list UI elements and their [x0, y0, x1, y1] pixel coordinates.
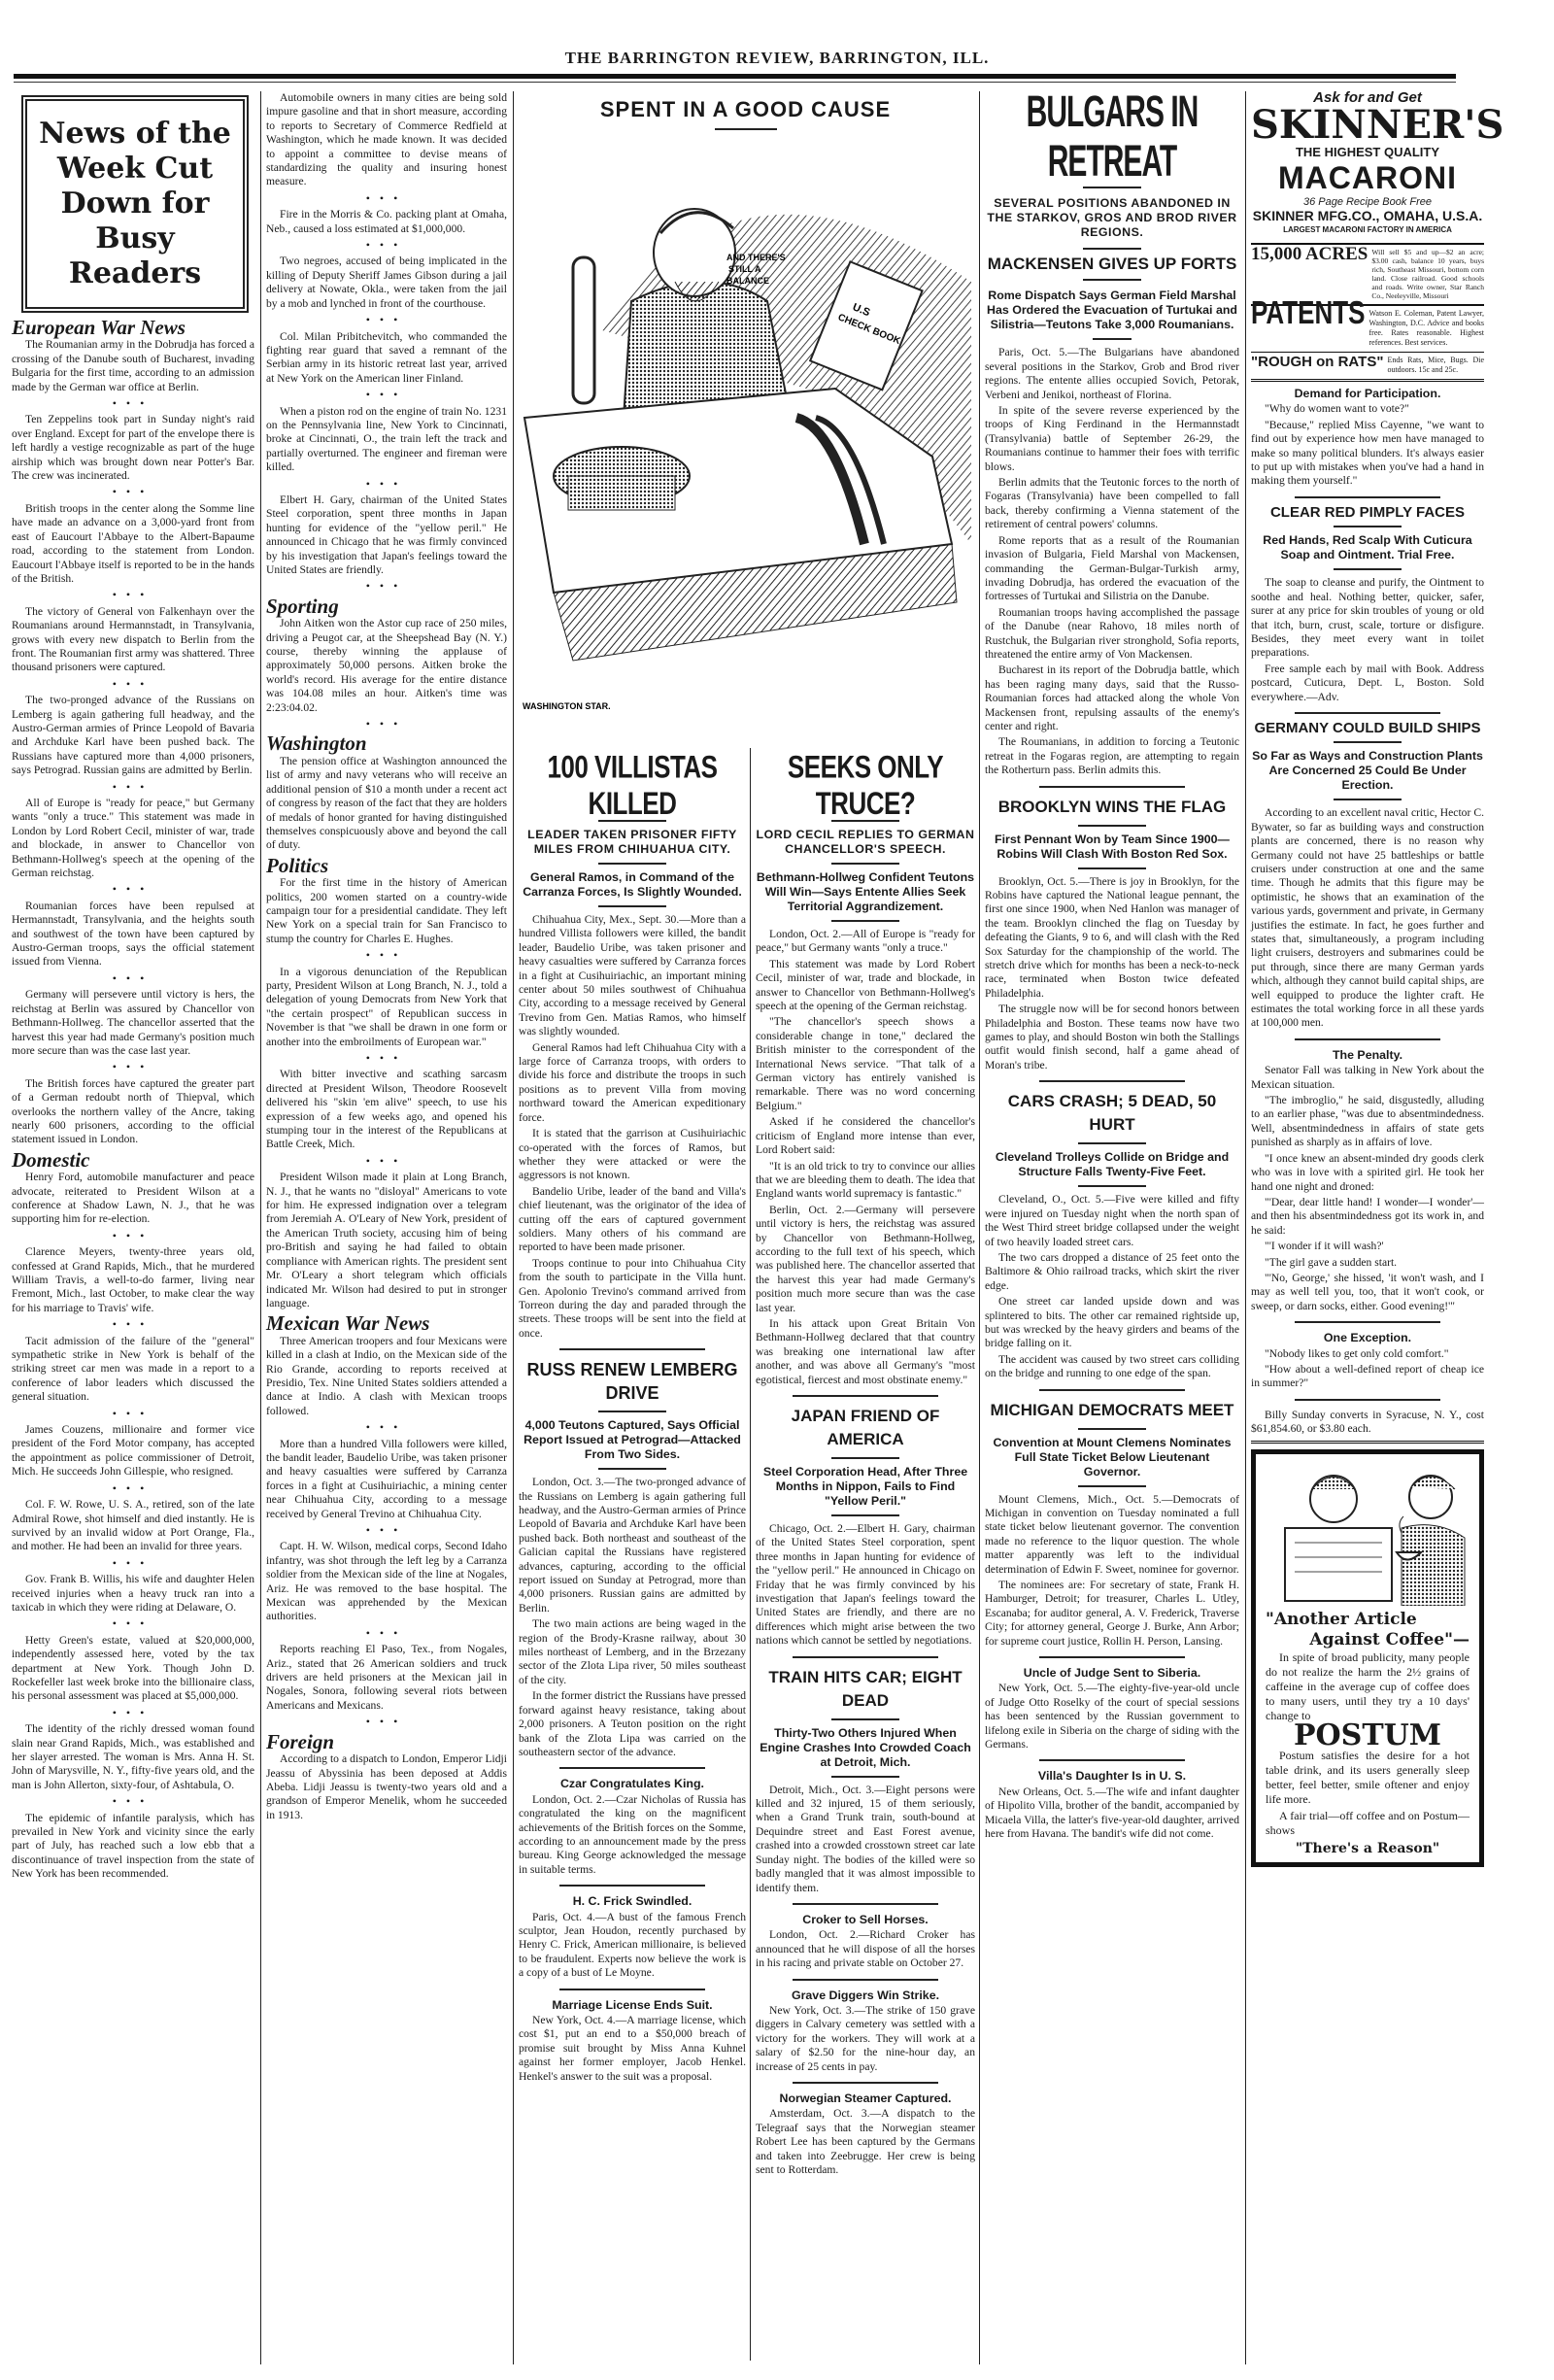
news-item: More than a hundred Villa followers were…	[266, 1438, 507, 1521]
article-paragraph: The Roumanians, in addition to forcing a…	[985, 735, 1239, 777]
brief-headline: H. C. Frick Swindled.	[519, 1894, 746, 1908]
headline-deck: SEVERAL POSITIONS ABANDONED IN THE STARK…	[985, 196, 1239, 240]
article-paragraph: In his attack upon Great Britain Von Bet…	[756, 1317, 975, 1387]
section-washington: Washington	[266, 736, 507, 750]
column-5: BULGARS IN RETREAT SEVERAL POSITIONS ABA…	[985, 91, 1239, 1844]
article-paragraph: Bucharest in its report of the Dobrudja …	[985, 663, 1239, 733]
headline: BULGARS IN RETREAT	[985, 88, 1239, 187]
news-item: The two-pronged advance of the Russians …	[12, 694, 254, 777]
news-item: Col. F. W. Rowe, U. S. A., retired, son …	[12, 1498, 254, 1554]
brief: Paris, Oct. 4.—A bust of the famous Fren…	[519, 1911, 746, 1981]
headline-deck: 4,000 Teutons Captured, Says Official Re…	[519, 1418, 746, 1462]
article-paragraph: It is stated that the garrison at Cusihu…	[519, 1127, 746, 1183]
news-item: Capt. H. W. Wilson, medical corps, Secon…	[266, 1540, 507, 1623]
headline: 100 VILLISTAS KILLED	[519, 749, 746, 822]
news-item: Roumanian forces have been repulsed at H…	[12, 900, 254, 969]
article-paragraph: London, Oct. 2.—All of Europe is "ready …	[756, 928, 975, 956]
box-title-line: Down for	[37, 187, 233, 221]
ad-text: Watson E. Coleman, Patent Lawyer, Washin…	[1368, 309, 1484, 348]
ad-brand: POSTUM	[1266, 1729, 1470, 1743]
box-title-line: News of the	[37, 117, 233, 152]
acres-ad: 15,000 ACRES Will sell $5 and up—$2 an a…	[1251, 243, 1484, 300]
news-item: John Aitken won the Astor cup race of 25…	[266, 617, 507, 715]
column-4: SEEKS ONLY TRUCE? LORD CECIL REPLIES TO …	[756, 750, 975, 2179]
article-paragraph: Chihuahua City, Mex., Sept. 30.—More tha…	[519, 913, 746, 1039]
column-rule	[1245, 91, 1246, 2364]
news-item: For the first time in the history of Ame…	[266, 876, 507, 946]
news-box: News of the Week Cut Down for Busy Reade…	[21, 95, 249, 313]
ad-text: A fair trial—off coffee and on Postum—sh…	[1266, 1809, 1470, 1838]
headline: MICHIGAN DEMOCRATS MEET	[985, 1399, 1239, 1422]
masthead: THE BARRINGTON REVIEW, BARRINGTON, ILL.	[0, 49, 1554, 68]
ad-headline: PATENTS	[1251, 303, 1365, 354]
section-sporting: Sporting	[266, 599, 507, 613]
article-paragraph: Mount Clemens, Mich., Oct. 5.—Democrats …	[985, 1493, 1239, 1577]
news-item: In a vigorous denunciation of the Republ…	[266, 966, 507, 1049]
headline-deck: LORD CECIL REPLIES TO GERMAN CHANCELLOR'…	[756, 828, 975, 857]
news-item: Elbert H. Gary, chairman of the United S…	[266, 493, 507, 577]
headline: RUSS RENEW LEMBERG DRIVE	[519, 1358, 746, 1405]
news-item: Henry Ford, automobile manufacturer and …	[12, 1171, 254, 1227]
skinner-ad: Ask for and Get SKINNER'S THE HIGHEST QU…	[1251, 91, 1484, 237]
brief: "I once knew an absent-minded dry goods …	[1251, 1152, 1484, 1194]
article-paragraph: Troops continue to pour into Chihuahua C…	[519, 1257, 746, 1341]
article-paragraph: The soap to cleanse and purify, the Oint…	[1251, 576, 1484, 660]
headline: CARS CRASH; 5 DEAD, 50 HURT	[985, 1090, 1239, 1137]
news-item: Reports reaching El Paso, Tex., from Nog…	[266, 1643, 507, 1713]
brief: "Why do women want to vote?"	[1251, 402, 1484, 416]
news-item: The identity of the richly dressed woman…	[12, 1722, 254, 1792]
cartoon-credit: WASHINGTON STAR.	[523, 701, 611, 711]
headline-deck: First Pennant Won by Team Since 1900—Rob…	[985, 833, 1239, 862]
ad-brand: SKINNER'S	[1251, 105, 1484, 146]
brief-headline: Czar Congratulates King.	[519, 1777, 746, 1790]
patents-ad: PATENTS Watson E. Coleman, Patent Lawyer…	[1251, 304, 1484, 348]
brief-headline: Demand for Participation.	[1251, 387, 1484, 400]
column-6: Ask for and Get SKINNER'S THE HIGHEST QU…	[1251, 91, 1484, 1867]
brief-headline: Villa's Daughter Is in U. S.	[985, 1769, 1239, 1783]
brief: New York, Oct. 5.—The eighty-five-year-o…	[985, 1682, 1239, 1751]
news-item: Two negroes, accused of being implicated…	[266, 255, 507, 311]
news-item: Col. Milan Pribitchevitch, who commanded…	[266, 330, 507, 387]
article-paragraph: Berlin, Oct. 2.—Germany will persevere u…	[756, 1204, 975, 1315]
brief-headline: Uncle of Judge Sent to Siberia.	[985, 1666, 1239, 1680]
article-paragraph: Paris, Oct. 5.—The Bulgarians have aband…	[985, 346, 1239, 402]
news-item: Tacit admission of the failure of the "g…	[12, 1335, 254, 1405]
brief: Senator Fall was talking in New York abo…	[1251, 1064, 1484, 1092]
ad-offer: 36 Page Recipe Book Free	[1251, 195, 1484, 209]
brief: "'Dear, dear little hand! I wonder—I won…	[1251, 1196, 1484, 1238]
brief: Billy Sunday converts in Syracuse, N. Y.…	[1251, 1409, 1484, 1437]
news-item: Ten Zeppelins took part in Sunday night'…	[12, 413, 254, 483]
news-item: Clarence Meyers, twenty-three years old,…	[12, 1245, 254, 1315]
article-paragraph: Cleveland, O., Oct. 5.—Five were killed …	[985, 1193, 1239, 1249]
ad-slogan: "There's a Reason"	[1266, 1842, 1470, 1855]
headline-deck: Bethmann-Hollweg Confident Teutons Will …	[756, 870, 975, 914]
ad-company: SKINNER MFG.CO., OMAHA, U.S.A.	[1251, 209, 1484, 222]
section-domestic: Domestic	[12, 1153, 254, 1167]
article-paragraph: According to an excellent naval critic, …	[1251, 806, 1484, 1031]
ad-headline: "Another Article	[1266, 1610, 1470, 1630]
brief-headline: One Exception.	[1251, 1331, 1484, 1344]
ad-headline: Against Coffee"—	[1266, 1630, 1470, 1650]
column-rule	[979, 91, 980, 2364]
postum-ad: "Another Article Against Coffee"— In spi…	[1251, 1449, 1484, 1867]
news-item: With bitter invective and scathing sarca…	[266, 1068, 507, 1151]
article-paragraph: Berlin admits that the Teutonic forces t…	[985, 476, 1239, 532]
column-rule	[750, 748, 751, 2361]
article-paragraph: "The chancellor's speech shows a conside…	[756, 1015, 975, 1113]
headline-deck: Red Hands, Red Scalp With Cuticura Soap …	[1251, 533, 1484, 562]
brief-headline: The Penalty.	[1251, 1048, 1484, 1062]
headline: TRAIN HITS CAR; EIGHT DEAD	[756, 1666, 975, 1713]
section-foreign: Foreign	[266, 1735, 507, 1749]
section-european-war: European War News	[12, 321, 254, 334]
article-paragraph: Free sample each by mail with Book. Addr…	[1251, 663, 1484, 704]
news-item: The epidemic of infantile paralysis, whi…	[12, 1812, 254, 1882]
news-item: All of Europe is "ready for peace," but …	[12, 797, 254, 880]
article-paragraph: General Ramos had left Chihuahua City wi…	[519, 1041, 746, 1125]
brief-headline: Norwegian Steamer Captured.	[756, 2091, 975, 2105]
headline: JAPAN FRIEND OF AMERICA	[756, 1405, 975, 1451]
rough-on-rats-ad: "ROUGH on RATS" Ends Rats, Mice, Bugs. D…	[1251, 352, 1484, 382]
article-paragraph: The two cars dropped a distance of 25 fe…	[985, 1251, 1239, 1293]
masthead-rule	[14, 74, 1456, 79]
news-item: James Couzens, millionaire and former vi…	[12, 1423, 254, 1479]
box-title-line: Week Cut	[37, 152, 233, 187]
news-item: Germany will persevere until victory is …	[12, 988, 254, 1058]
news-item: Automobile owners in many cities are bei…	[266, 91, 507, 189]
news-item: The Roumanian army in the Dobrudja has f…	[12, 338, 254, 394]
column-2: Automobile owners in many cities are bei…	[266, 91, 507, 1824]
section-mexican-war: Mexican War News	[266, 1316, 507, 1330]
ad-headline: "ROUGH on RATS"	[1251, 356, 1383, 375]
brief-headline: Marriage License Ends Suit.	[519, 1998, 746, 2012]
headline: SEEKS ONLY TRUCE?	[756, 749, 975, 822]
ad-text: In spite of broad publicity, many people…	[1266, 1650, 1470, 1723]
headline-deck: Rome Dispatch Says German Field Marshal …	[985, 289, 1239, 332]
news-item: Gov. Frank B. Willis, his wife and daugh…	[12, 1573, 254, 1615]
news-item: President Wilson made it plain at Long B…	[266, 1171, 507, 1310]
headline-deck: General Ramos, in Command of the Carranz…	[519, 870, 746, 900]
brief-headline: Grave Diggers Win Strike.	[756, 1989, 975, 2002]
brief: "Because," replied Miss Cayenne, "we wan…	[1251, 419, 1484, 489]
headline-deck: LEADER TAKEN PRISONER FIFTY MILES FROM C…	[519, 828, 746, 857]
article-paragraph: London, Oct. 3.—The two-pronged advance …	[519, 1476, 746, 1615]
brief: Amsterdam, Oct. 3.—A dispatch to the Tel…	[756, 2107, 975, 2177]
news-item: The British forces have captured the gre…	[12, 1077, 254, 1147]
headline-deck: MACKENSEN GIVES UP FORTS	[985, 257, 1239, 271]
brief: "Nobody likes to get only cold comfort."	[1251, 1347, 1484, 1361]
article-paragraph: Roumanian troops having accomplished the…	[985, 606, 1239, 663]
couple-reading-illustration	[1266, 1460, 1470, 1606]
headline-deck: Steel Corporation Head, After Three Mont…	[756, 1465, 975, 1509]
headline-deck: Thirty-Two Others Injured When Engine Cr…	[756, 1726, 975, 1770]
article-paragraph: Bandelio Uribe, leader of the band and V…	[519, 1185, 746, 1255]
brief: "The imbroglio," he said, disgustedly, a…	[1251, 1094, 1484, 1150]
headline: GERMANY COULD BUILD SHIPS	[1251, 722, 1484, 735]
section-politics: Politics	[266, 859, 507, 872]
news-item: Fire in the Morris & Co. packing plant a…	[266, 208, 507, 236]
uncle-sam-illustration: AND THERE'S STILL A BALANCE U.S CHECK BO…	[515, 136, 976, 719]
ad-text: Postum satisfies the desire for a hot ta…	[1266, 1749, 1470, 1807]
ad-text: Will sell $5 and up—$2 an acre; $3.00 ca…	[1371, 248, 1484, 300]
svg-text:BALANCE: BALANCE	[726, 276, 769, 286]
brief: "The girl gave a sudden start.	[1251, 1256, 1484, 1270]
headline-deck: Cleveland Trolleys Collide on Bridge and…	[985, 1150, 1239, 1179]
speech-balloon-text: AND THERE'S	[726, 253, 786, 262]
article-paragraph: Brooklyn, Oct. 5.—There is joy in Brookl…	[985, 875, 1239, 1002]
ad-text: Ends Rats, Mice, Bugs. Die outdoors. 15c…	[1387, 356, 1484, 375]
brief: London, Oct. 2.—Richard Croker has annou…	[756, 1928, 975, 1970]
column-1: News of the Week Cut Down for Busy Reade…	[12, 91, 254, 1884]
news-item: Hetty Green's estate, valued at $20,000,…	[12, 1634, 254, 1704]
masthead-rule-thin	[14, 82, 1456, 83]
column-rule	[513, 91, 514, 2364]
article-paragraph: "It is an old trick to try to convince o…	[756, 1160, 975, 1202]
article-paragraph: Detroit, Mich., Oct. 3.—Eight persons we…	[756, 1784, 975, 1895]
ad-note: LARGEST MACARONI FACTORY IN AMERICA	[1251, 223, 1484, 237]
headline-deck: So Far as Ways and Construction Plants A…	[1251, 749, 1484, 793]
headline: BROOKLYN WINS THE FLAG	[985, 796, 1239, 819]
news-item: When a piston rod on the engine of train…	[266, 405, 507, 475]
ad-product: MACARONI	[1251, 160, 1484, 195]
article-paragraph: This statement was made by Lord Robert C…	[756, 958, 975, 1014]
brief: London, Oct. 2.—Czar Nicholas of Russia …	[519, 1793, 746, 1877]
article-paragraph: In the former district the Russians have…	[519, 1689, 746, 1759]
news-item: According to a dispatch to London, Emper…	[266, 1752, 507, 1822]
editorial-cartoon: SPENT IN A GOOD CAUSE AND THERE'S STILL …	[515, 91, 976, 742]
brief: New York, Oct. 3.—The strike of 150 grav…	[756, 2004, 975, 2074]
article-paragraph: The nominees are: For secretary of state…	[985, 1579, 1239, 1649]
article-paragraph: The accident was caused by two street ca…	[985, 1353, 1239, 1381]
brief-headline: Croker to Sell Horses.	[756, 1913, 975, 1926]
brief: "'I wonder if it will wash?'	[1251, 1240, 1484, 1253]
newspaper-icon	[1285, 1528, 1392, 1601]
article-paragraph: One street car landed upside down and wa…	[985, 1295, 1239, 1351]
article-paragraph: Rome reports that as a result of the Rou…	[985, 534, 1239, 604]
brief: New York, Oct. 4.—A marriage license, wh…	[519, 2014, 746, 2084]
article-paragraph: The two main actions are being waged in …	[519, 1617, 746, 1687]
svg-text:STILL A: STILL A	[728, 264, 761, 274]
column-3: 100 VILLISTAS KILLED LEADER TAKEN PRISON…	[519, 750, 746, 2086]
headline-deck: Convention at Mount Clemens Nominates Fu…	[985, 1436, 1239, 1479]
cartoon-title: SPENT IN A GOOD CAUSE	[515, 97, 976, 122]
article-paragraph: In spite of the severe reverse experienc…	[985, 404, 1239, 474]
news-item: British troops in the center along the S…	[12, 502, 254, 586]
news-item: Three American troopers and four Mexican…	[266, 1335, 507, 1418]
article-paragraph: Asked if he considered the chancellor's …	[756, 1115, 975, 1157]
brief: New Orleans, Oct. 5.—The wife and infant…	[985, 1785, 1239, 1842]
headline: CLEAR RED PIMPLY FACES	[1251, 506, 1484, 520]
news-item: The pension office at Washington announc…	[266, 755, 507, 853]
article-paragraph: Chicago, Oct. 2.—Elbert H. Gary, chairma…	[756, 1522, 975, 1649]
article-paragraph: The struggle now will be for second hono…	[985, 1003, 1239, 1072]
news-item: The victory of General von Falkenhayn ov…	[12, 605, 254, 675]
column-rule	[260, 91, 261, 2364]
box-title-line: Busy Readers	[37, 221, 233, 291]
brief: "'No, George,' she hissed, 'it won't was…	[1251, 1272, 1484, 1313]
brief: "How about a well-defined report of chea…	[1251, 1363, 1484, 1391]
ad-tagline: THE HIGHEST QUALITY	[1251, 146, 1484, 159]
